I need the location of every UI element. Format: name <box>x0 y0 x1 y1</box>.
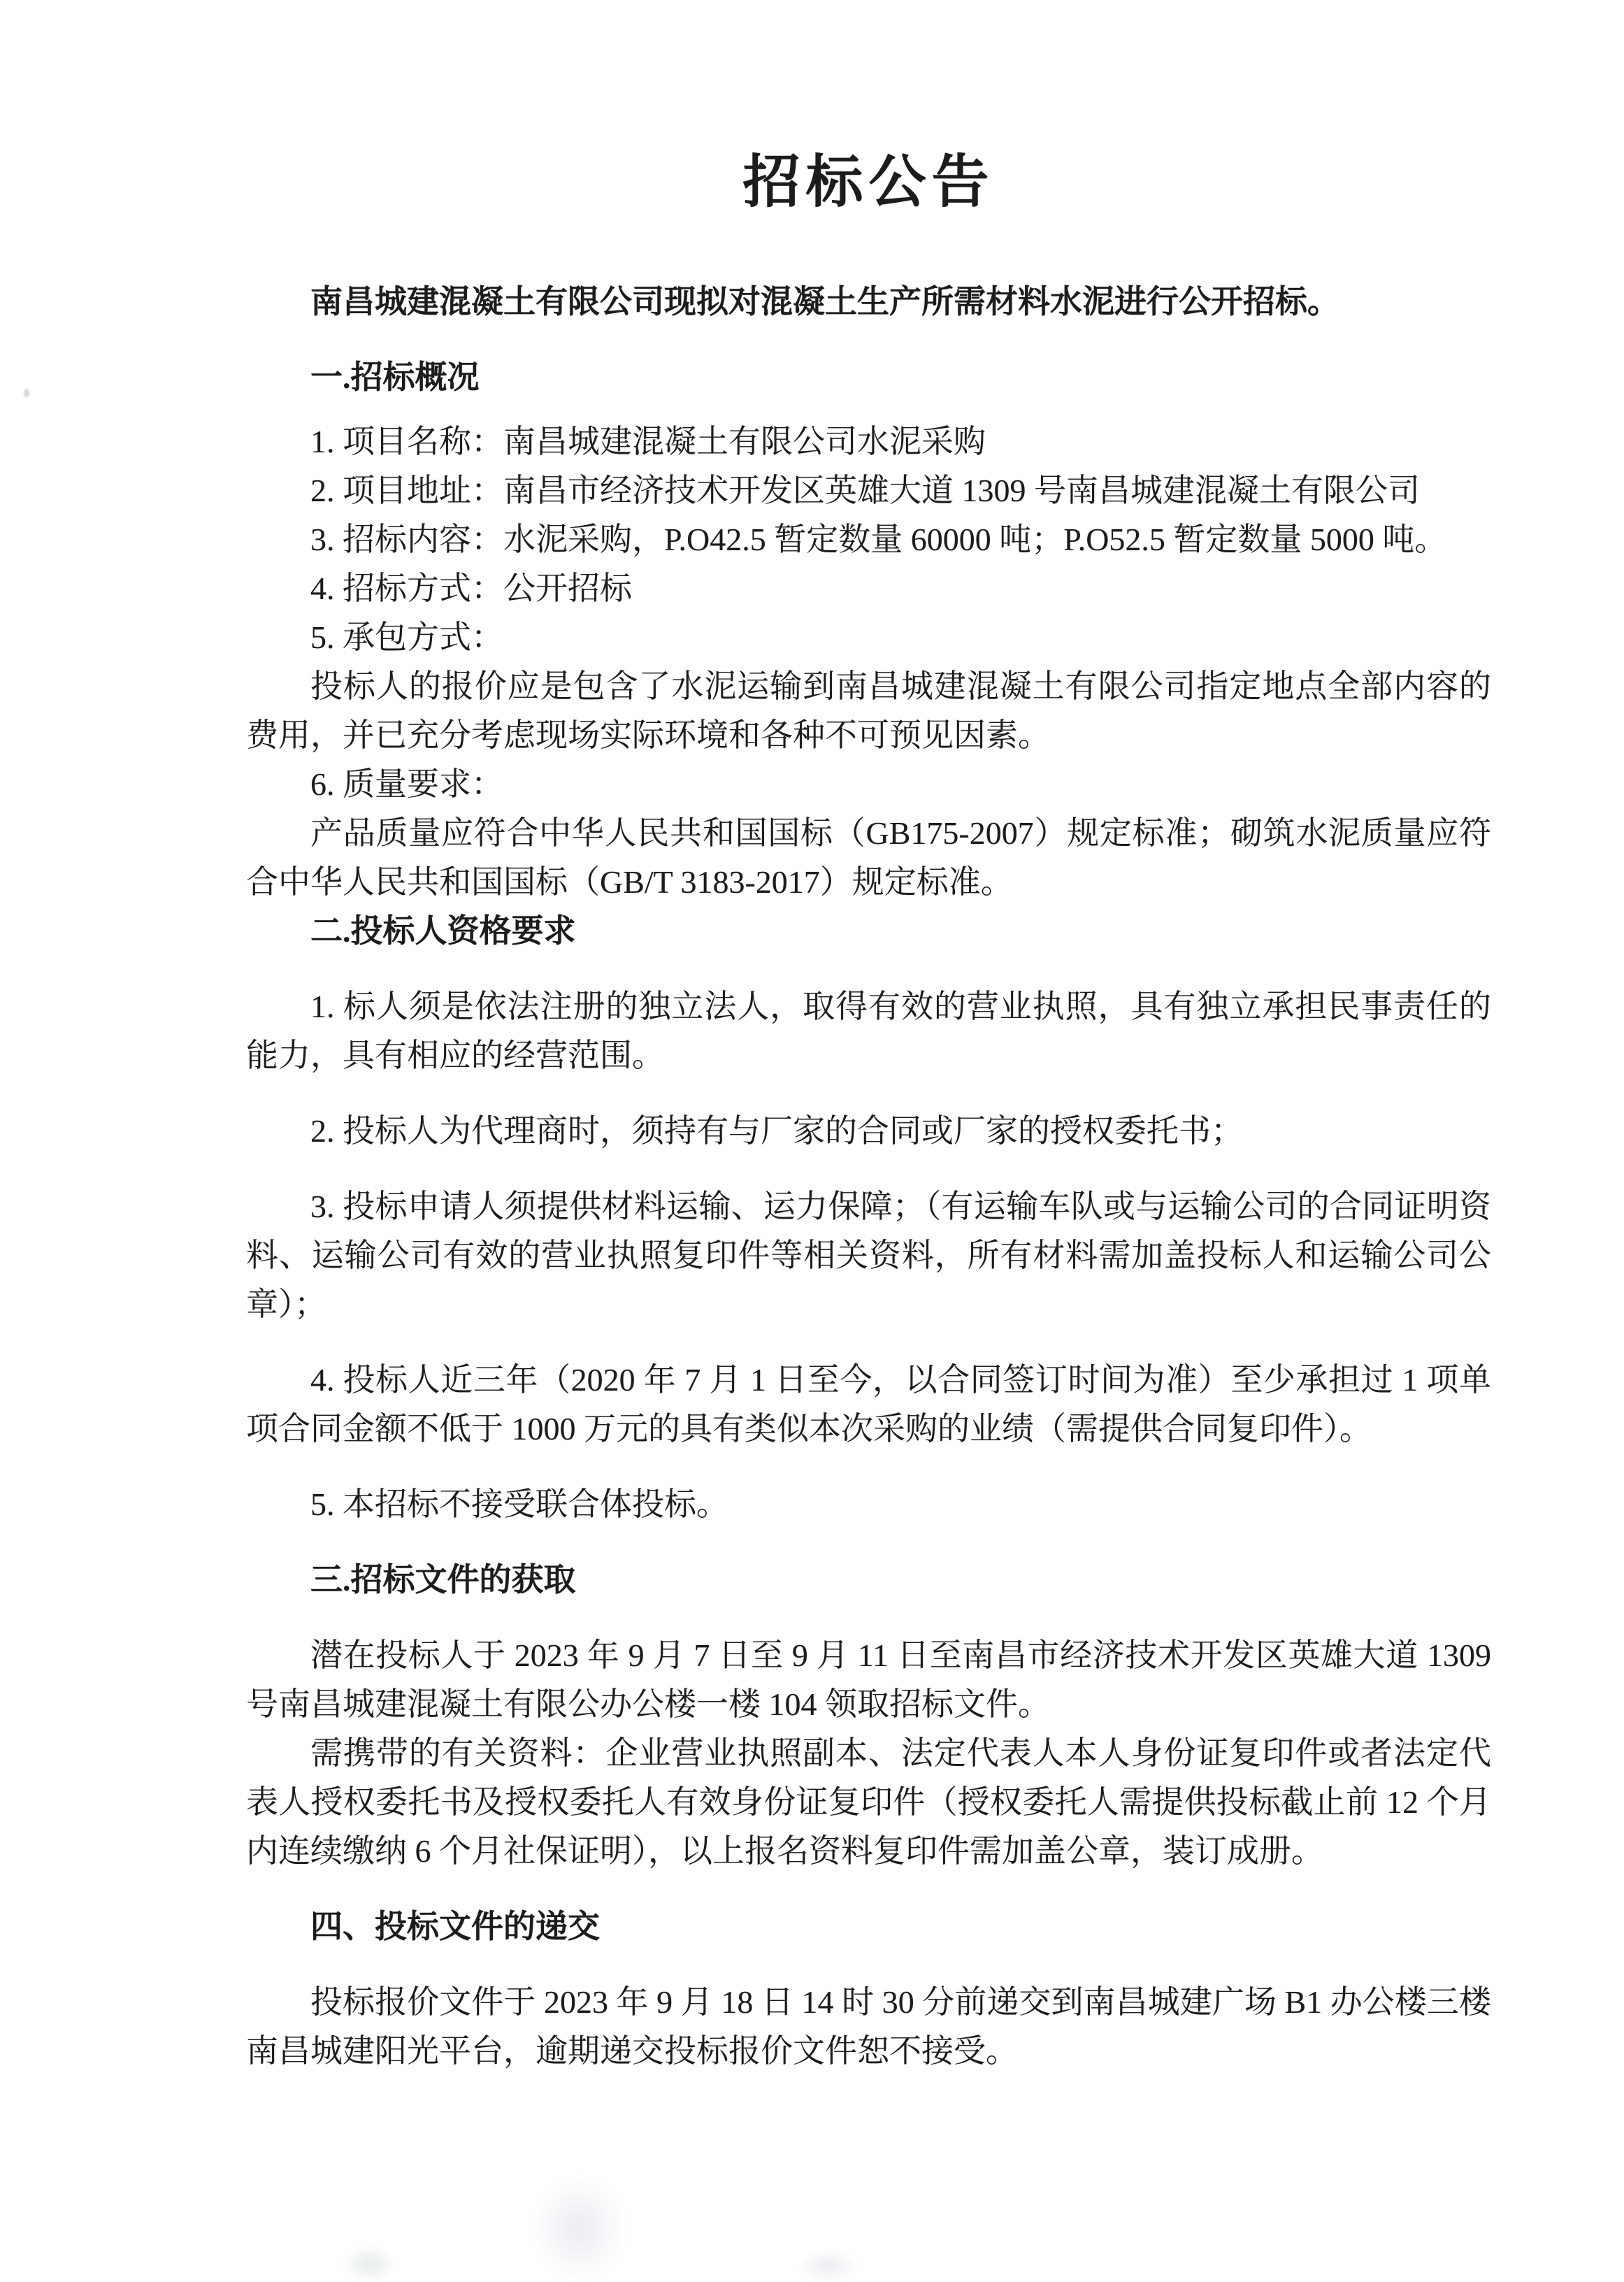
scan-artifact <box>24 389 29 397</box>
section-bid-submission: 四、投标文件的递交 投标报价文件于 2023 年 9 月 18 日 14 时 3… <box>246 1902 1491 2076</box>
section-1-item-2: 2. 项目地址：南昌市经济技术开发区英雄大道 1309 号南昌城建混凝土有限公司 <box>246 466 1491 515</box>
section-tender-overview: 一.招标概况 1. 项目名称：南昌城建混凝土有限公司水泥采购 2. 项目地址：南… <box>246 353 1491 907</box>
scan-artifact <box>341 2246 397 2282</box>
section-1-item-4: 4. 招标方式：公开招标 <box>246 564 1491 613</box>
section-2-item-5: 5. 本招标不接受联合体投标。 <box>246 1480 1491 1529</box>
section-2-item-3: 3. 投标申请人须提供材料运输、运力保障；（有运输车队或与运输公司的合同证明资料… <box>246 1182 1491 1329</box>
intro-paragraph: 南昌城建混凝土有限公司现拟对混凝土生产所需材料水泥进行公开招标。 <box>246 278 1491 326</box>
section-1-item-6-detail: 产品质量应符合中华人民共和国国标（GB175-2007）规定标准；砌筑水泥质量应… <box>246 809 1491 907</box>
document-content: 招标公告 南昌城建混凝土有限公司现拟对混凝土生产所需材料水泥进行公开招标。 一.… <box>246 145 1491 2076</box>
section-4-heading: 四、投标文件的递交 <box>246 1902 1491 1951</box>
section-1-item-1: 1. 项目名称：南昌城建混凝土有限公司水泥采购 <box>246 417 1491 466</box>
section-bidder-qualifications: 二.投标人资格要求 1. 标人须是依法注册的独立法人，取得有效的营业执照，具有独… <box>246 907 1491 1529</box>
section-3-paragraph-1: 潜在投标人于 2023 年 9 月 7 日至 9 月 11 日至南昌市经济技术开… <box>246 1631 1491 1729</box>
scan-artifact <box>797 2250 860 2282</box>
document-page: 招标公告 南昌城建混凝土有限公司现拟对混凝土生产所需材料水泥进行公开招标。 一.… <box>0 0 1624 2282</box>
document-title: 招标公告 <box>246 145 1491 220</box>
section-1-heading: 一.招标概况 <box>246 353 1491 402</box>
section-4-paragraph-1: 投标报价文件于 2023 年 9 月 18 日 14 时 30 分前递交到南昌城… <box>246 1978 1491 2076</box>
scan-artifact <box>530 2174 628 2282</box>
section-2-heading: 二.投标人资格要求 <box>246 907 1491 956</box>
section-2-item-2: 2. 投标人为代理商时，须持有与厂家的合同或厂家的授权委托书； <box>246 1107 1491 1156</box>
section-2-item-4: 4. 投标人近三年（2020 年 7 月 1 日至今，以合同签订时间为准）至少承… <box>246 1356 1491 1454</box>
section-document-acquisition: 三.招标文件的获取 潜在投标人于 2023 年 9 月 7 日至 9 月 11 … <box>246 1556 1491 1876</box>
section-3-heading: 三.招标文件的获取 <box>246 1556 1491 1605</box>
section-2-item-1: 1. 标人须是依法注册的独立法人，取得有效的营业执照，具有独立承担民事责任的能力… <box>246 982 1491 1080</box>
section-3-paragraph-2: 需携带的有关资料：企业营业执照副本、法定代表人本人身份证复印件或者法定代表人授权… <box>246 1729 1491 1876</box>
section-1-item-5-detail: 投标人的报价应是包含了水泥运输到南昌城建混凝土有限公司指定地点全部内容的费用，并… <box>246 662 1491 760</box>
section-1-item-3: 3. 招标内容：水泥采购，P.O42.5 暂定数量 60000 吨；P.O52.… <box>246 515 1491 564</box>
section-1-item-5: 5. 承包方式： <box>246 613 1491 662</box>
section-1-item-6: 6. 质量要求： <box>246 760 1491 809</box>
